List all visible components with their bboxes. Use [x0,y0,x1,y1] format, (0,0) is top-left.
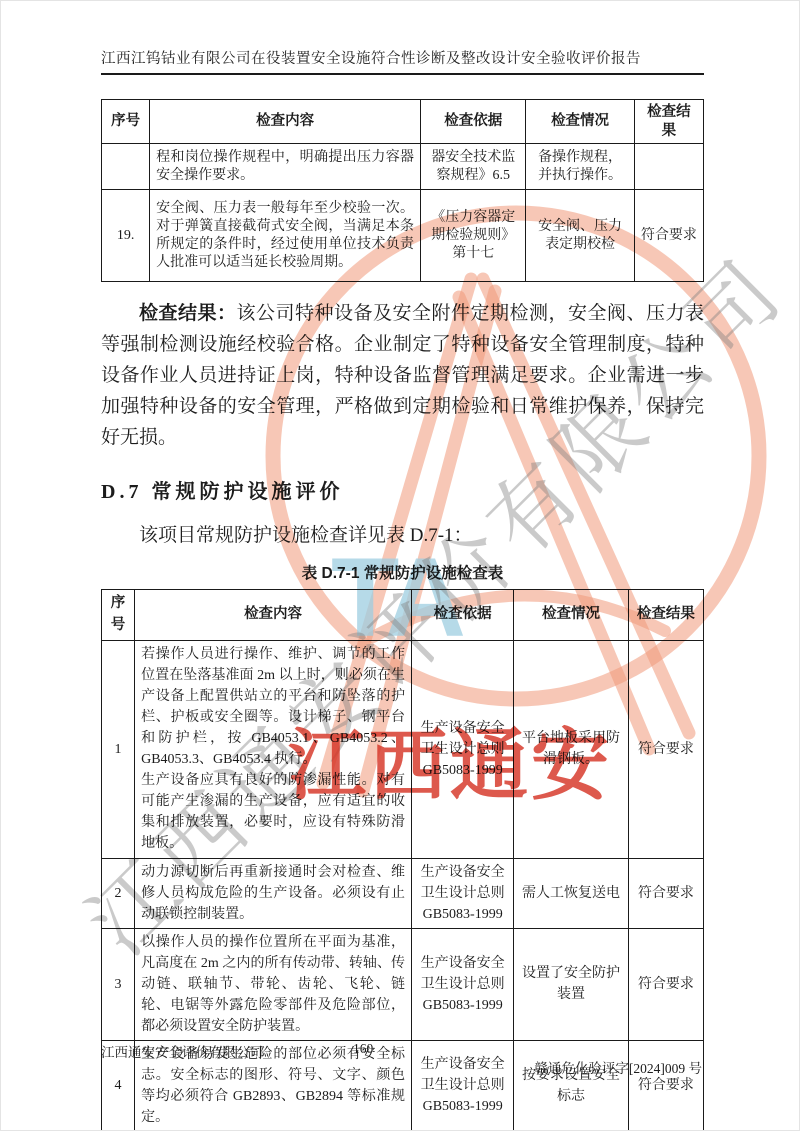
cell-no: 2 [102,858,135,928]
cell-situation: 平台地板采用防滑钢板。 [514,640,628,858]
cell-content: 若操作人员进行操作、维护、调节的工作位置在坠落基准面 2m 以上时，则必须在生产… [135,640,412,858]
table-row: 3 以操作人员的操作位置所在平面为基准，凡高度在 2m 之内的所有传动带、转轴、… [102,928,704,1040]
cell-result: 符合要求 [628,1040,703,1131]
table-row: 2 动力源切断后再重新接通时会对检查、维修人员构成危险的生产设备。必须设有止动联… [102,858,704,928]
table-d7-1-title: 表 D.7-1 常规防护设施检查表 [101,561,704,583]
col-header-no: 序号 [102,100,150,144]
col-header-no: 序号 [102,590,135,641]
col-header-basis: 检查依据 [412,590,514,641]
section-heading-d7: D.7 常规防护设施评价 [101,475,704,504]
inspection-result-label: 检查结果： [139,303,237,324]
section-intro-text: 该项目常规防护设施检查详见表 D.7-1： [101,520,704,547]
cell-content: 程和岗位操作规程中，明确提出压力容器安全操作要求。 [150,144,421,190]
cell-basis: 生产设备安全卫生设计总则 GB5083-1999 [412,640,514,858]
cell-basis: 器安全技术监察规程》6.5 [421,144,526,190]
footer-company-name: 江西通安安全评价有限公司 [101,1041,263,1061]
special-equipment-check-table: 序号 检查内容 检查依据 检查情况 检查结果 程和岗位操作规程中，明确提出压力容… [101,99,704,282]
col-header-situation: 检查情况 [526,100,634,144]
col-header-situation: 检查情况 [514,590,628,641]
cell-basis: 生产设备安全卫生设计总则 GB5083-1999 [412,1040,514,1131]
cell-situation: 设置了安全防护装置 [514,928,628,1040]
col-header-result: 检查结果 [634,100,703,144]
cell-result: 符合要求 [634,190,703,282]
cell-no: 19. [102,190,150,282]
cell-no [102,144,150,190]
cell-no: 3 [102,928,135,1040]
cell-basis: 生产设备安全卫生设计总则 GB5083-1999 [412,928,514,1040]
cell-no: 1 [102,640,135,858]
cell-situation: 安全阀、压力表定期校检 [526,190,634,282]
table-row: 19. 安全阀、压力表一般每年至少校验一次。对于弹簧直接截荷式安全阀，当满足本条… [102,190,704,282]
cell-result: 符合要求 [628,858,703,928]
cell-result: 符合要求 [628,928,703,1040]
table-row: 1 若操作人员进行操作、维护、调节的工作位置在坠落基准面 2m 以上时，则必须在… [102,640,704,858]
cell-content: 安全阀、压力表一般每年至少校验一次。对于弹簧直接截荷式安全阀，当满足本条所规定的… [150,190,421,282]
col-header-content: 检查内容 [150,100,421,144]
cell-content: 以操作人员的操作位置所在平面为基准，凡高度在 2m 之内的所有传动带、转轴、传动… [135,928,412,1040]
footer-document-number: 赣通危化验评字[2024]009 号 [534,1057,702,1077]
col-header-content: 检查内容 [135,590,412,641]
report-header-title: 江西江钨钴业有限公司在役装置安全设施符合性诊断及整改设计安全验收评价报告 [101,47,704,75]
document-page: 江西江钨钴业有限公司在役装置安全设施符合性诊断及整改设计安全验收评价报告 序号 … [0,0,800,1131]
table-row: 程和岗位操作规程中，明确提出压力容器安全操作要求。 器安全技术监察规程》6.5 … [102,144,704,190]
cell-basis: 生产设备安全卫生设计总则 GB5083-1999 [412,858,514,928]
footer-page-number: 160 [353,1041,373,1057]
inspection-result-text: 该公司特种设备及安全附件定期检测，安全阀、压力表等强制检测设施经校验合格。企业制… [101,303,704,448]
cell-result [634,144,703,190]
col-header-basis: 检查依据 [421,100,526,144]
table-header-row: 序号 检查内容 检查依据 检查情况 检查结果 [102,100,704,144]
cell-situation: 备操作规程，并执行操作。 [526,144,634,190]
cell-content: 动力源切断后再重新接通时会对检查、维修人员构成危险的生产设备。必须设有止动联锁控… [135,858,412,928]
cell-result: 符合要求 [628,640,703,858]
table-header-row: 序号 检查内容 检查依据 检查情况 检查结果 [102,590,704,641]
inspection-result-paragraph: 检查结果：该公司特种设备及安全附件定期检测，安全阀、压力表等强制检测设施经校验合… [101,298,704,453]
cell-situation: 按要求设置安全标志 [514,1040,628,1131]
col-header-result: 检查结果 [628,590,703,641]
cell-basis: 《压力容器定期检验规则》第十七 [421,190,526,282]
cell-situation: 需人工恢复送电 [514,858,628,928]
